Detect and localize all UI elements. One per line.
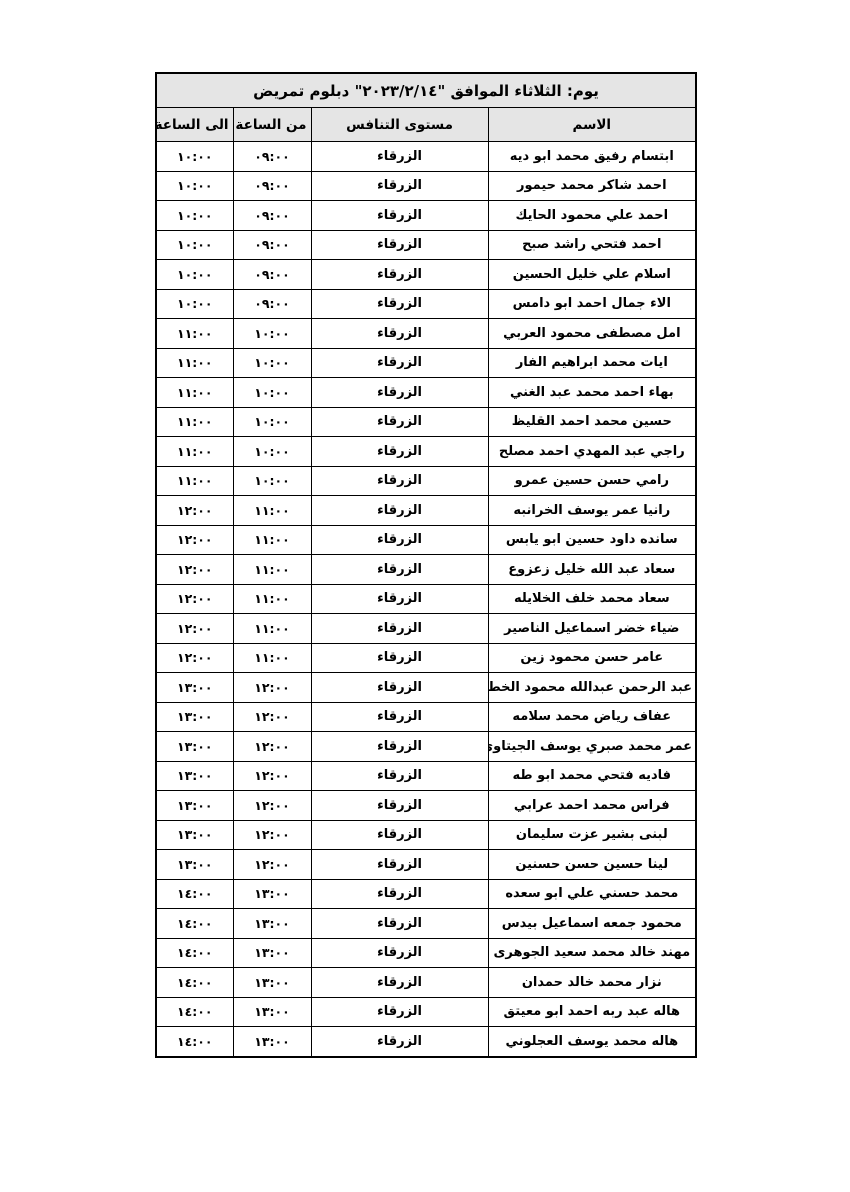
from-time-cell: ١١:٠٠ bbox=[233, 525, 311, 555]
table-row: بهاء احمد محمد عبد الغنيالزرقاء١٠:٠٠١١:٠… bbox=[156, 378, 696, 408]
from-time-cell: ١٣:٠٠ bbox=[233, 879, 311, 909]
from-time-cell: ١١:٠٠ bbox=[233, 643, 311, 673]
to-time-cell: ١٤:٠٠ bbox=[156, 909, 233, 939]
level-cell: الزرقاء bbox=[311, 584, 488, 614]
table-row: هاله عبد ربه احمد ابو معيتقالزرقاء١٣:٠٠١… bbox=[156, 997, 696, 1027]
level-cell: الزرقاء bbox=[311, 201, 488, 231]
table-row: حسين محمد احمد القليظالزرقاء١٠:٠٠١١:٠٠ bbox=[156, 407, 696, 437]
from-time-cell: ١١:٠٠ bbox=[233, 555, 311, 585]
level-cell: الزرقاء bbox=[311, 732, 488, 762]
student-name-cell: امل مصطفى محمود العربي bbox=[488, 319, 696, 349]
level-cell: الزرقاء bbox=[311, 1027, 488, 1057]
to-time-cell: ١٤:٠٠ bbox=[156, 879, 233, 909]
student-name-cell: اسلام علي خليل الحسين bbox=[488, 260, 696, 290]
to-time-cell: ١٠:٠٠ bbox=[156, 171, 233, 201]
from-time-cell: ١٢:٠٠ bbox=[233, 732, 311, 762]
student-name-cell: عمر محمد صبري يوسف الجيتاوي bbox=[488, 732, 696, 762]
level-cell: الزرقاء bbox=[311, 643, 488, 673]
to-time-cell: ١٠:٠٠ bbox=[156, 289, 233, 319]
level-cell: الزرقاء bbox=[311, 142, 488, 172]
from-time-cell: ١٢:٠٠ bbox=[233, 673, 311, 703]
student-name-cell: ضياء خضر اسماعيل الناصير bbox=[488, 614, 696, 644]
table-row: رامي حسن حسين عمروالزرقاء١٠:٠٠١١:٠٠ bbox=[156, 466, 696, 496]
to-time-cell: ١١:٠٠ bbox=[156, 378, 233, 408]
to-time-cell: ١٤:٠٠ bbox=[156, 938, 233, 968]
to-time-cell: ١١:٠٠ bbox=[156, 437, 233, 467]
from-time-cell: ١٢:٠٠ bbox=[233, 820, 311, 850]
student-name-cell: بهاء احمد محمد عبد الغني bbox=[488, 378, 696, 408]
student-name-cell: رانيا عمر يوسف الخرانبه bbox=[488, 496, 696, 526]
to-time-cell: ١٢:٠٠ bbox=[156, 614, 233, 644]
table-row: عفاف رياض محمد سلامهالزرقاء١٢:٠٠١٣:٠٠ bbox=[156, 702, 696, 732]
table-row: سعاد عبد الله خليل زعزوعالزرقاء١١:٠٠١٢:٠… bbox=[156, 555, 696, 585]
to-time-cell: ١١:٠٠ bbox=[156, 466, 233, 496]
level-cell: الزرقاء bbox=[311, 437, 488, 467]
student-name-cell: محمد حسني علي ابو سعده bbox=[488, 879, 696, 909]
from-time-cell: ١١:٠٠ bbox=[233, 614, 311, 644]
student-name-cell: ايات محمد ابراهيم الفار bbox=[488, 348, 696, 378]
table-row: سانده داود حسين ابو يابسالزرقاء١١:٠٠١٢:٠… bbox=[156, 525, 696, 555]
column-header-to: الى الساعة bbox=[156, 108, 233, 142]
student-name-cell: مهند خالد محمد سعيد الجوهرى bbox=[488, 938, 696, 968]
level-cell: الزرقاء bbox=[311, 909, 488, 939]
table-row: الاء جمال احمد ابو دامسالزرقاء٠٩:٠٠١٠:٠٠ bbox=[156, 289, 696, 319]
student-name-cell: احمد شاكر محمد حيمور bbox=[488, 171, 696, 201]
table-title-row: يوم: الثلاثاء الموافق "٢٠٢٣/٢/١٤" دبلوم … bbox=[156, 73, 696, 108]
from-time-cell: ١٠:٠٠ bbox=[233, 378, 311, 408]
level-cell: الزرقاء bbox=[311, 968, 488, 998]
level-cell: الزرقاء bbox=[311, 879, 488, 909]
from-time-cell: ١٢:٠٠ bbox=[233, 761, 311, 791]
table-row: ابتسام رفيق محمد ابو ديهالزرقاء٠٩:٠٠١٠:٠… bbox=[156, 142, 696, 172]
to-time-cell: ١١:٠٠ bbox=[156, 407, 233, 437]
to-time-cell: ١٠:٠٠ bbox=[156, 142, 233, 172]
level-cell: الزرقاء bbox=[311, 407, 488, 437]
table-row: عبد الرحمن عبدالله محمود الخطيبالزرقاء١٢… bbox=[156, 673, 696, 703]
table-row: امل مصطفى محمود العربيالزرقاء١٠:٠٠١١:٠٠ bbox=[156, 319, 696, 349]
to-time-cell: ١٢:٠٠ bbox=[156, 555, 233, 585]
to-time-cell: ١٢:٠٠ bbox=[156, 584, 233, 614]
to-time-cell: ١٣:٠٠ bbox=[156, 702, 233, 732]
schedule-title: يوم: الثلاثاء الموافق "٢٠٢٣/٢/١٤" دبلوم … bbox=[156, 73, 696, 108]
table-row: محمود جمعه اسماعيل بيدسالزرقاء١٣:٠٠١٤:٠٠ bbox=[156, 909, 696, 939]
level-cell: الزرقاء bbox=[311, 260, 488, 290]
from-time-cell: ١٣:٠٠ bbox=[233, 938, 311, 968]
to-time-cell: ١٠:٠٠ bbox=[156, 260, 233, 290]
level-cell: الزرقاء bbox=[311, 496, 488, 526]
to-time-cell: ١٣:٠٠ bbox=[156, 732, 233, 762]
level-cell: الزرقاء bbox=[311, 289, 488, 319]
from-time-cell: ١٠:٠٠ bbox=[233, 407, 311, 437]
table-row: احمد شاكر محمد حيمورالزرقاء٠٩:٠٠١٠:٠٠ bbox=[156, 171, 696, 201]
from-time-cell: ١١:٠٠ bbox=[233, 496, 311, 526]
table-row: احمد علي محمود الحايكالزرقاء٠٩:٠٠١٠:٠٠ bbox=[156, 201, 696, 231]
table-row: محمد حسني علي ابو سعدهالزرقاء١٣:٠٠١٤:٠٠ bbox=[156, 879, 696, 909]
from-time-cell: ٠٩:٠٠ bbox=[233, 260, 311, 290]
table-row: سعاد محمد خلف الخلايلهالزرقاء١١:٠٠١٢:٠٠ bbox=[156, 584, 696, 614]
level-cell: الزرقاء bbox=[311, 171, 488, 201]
table-row: لينا حسين حسن حسنينالزرقاء١٢:٠٠١٣:٠٠ bbox=[156, 850, 696, 880]
from-time-cell: ٠٩:٠٠ bbox=[233, 230, 311, 260]
to-time-cell: ١٣:٠٠ bbox=[156, 761, 233, 791]
student-name-cell: لينا حسين حسن حسنين bbox=[488, 850, 696, 880]
table-row: ايات محمد ابراهيم الفارالزرقاء١٠:٠٠١١:٠٠ bbox=[156, 348, 696, 378]
from-time-cell: ١٣:٠٠ bbox=[233, 909, 311, 939]
from-time-cell: ١٠:٠٠ bbox=[233, 437, 311, 467]
to-time-cell: ١٣:٠٠ bbox=[156, 820, 233, 850]
from-time-cell: ١٠:٠٠ bbox=[233, 319, 311, 349]
table-row: عمر محمد صبري يوسف الجيتاويالزرقاء١٢:٠٠١… bbox=[156, 732, 696, 762]
level-cell: الزرقاء bbox=[311, 761, 488, 791]
level-cell: الزرقاء bbox=[311, 938, 488, 968]
level-cell: الزرقاء bbox=[311, 555, 488, 585]
from-time-cell: ١٣:٠٠ bbox=[233, 1027, 311, 1057]
to-time-cell: ١٢:٠٠ bbox=[156, 643, 233, 673]
from-time-cell: ٠٩:٠٠ bbox=[233, 289, 311, 319]
to-time-cell: ١٣:٠٠ bbox=[156, 850, 233, 880]
to-time-cell: ١٤:٠٠ bbox=[156, 968, 233, 998]
to-time-cell: ١٤:٠٠ bbox=[156, 1027, 233, 1057]
from-time-cell: ٠٩:٠٠ bbox=[233, 171, 311, 201]
table-row: فراس محمد احمد عرابيالزرقاء١٢:٠٠١٣:٠٠ bbox=[156, 791, 696, 821]
table-row: عامر حسن محمود زينالزرقاء١١:٠٠١٢:٠٠ bbox=[156, 643, 696, 673]
from-time-cell: ١٣:٠٠ bbox=[233, 968, 311, 998]
level-cell: الزرقاء bbox=[311, 673, 488, 703]
to-time-cell: ١٠:٠٠ bbox=[156, 230, 233, 260]
student-name-cell: فراس محمد احمد عرابي bbox=[488, 791, 696, 821]
student-name-cell: عامر حسن محمود زين bbox=[488, 643, 696, 673]
student-name-cell: نزار محمد خالد حمدان bbox=[488, 968, 696, 998]
student-name-cell: راجي عبد المهدي احمد مصلح bbox=[488, 437, 696, 467]
table-row: فاديه فتحي محمد ابو طهالزرقاء١٢:٠٠١٣:٠٠ bbox=[156, 761, 696, 791]
level-cell: الزرقاء bbox=[311, 850, 488, 880]
document-page: يوم: الثلاثاء الموافق "٢٠٢٣/٢/١٤" دبلوم … bbox=[0, 0, 850, 1192]
student-name-cell: الاء جمال احمد ابو دامس bbox=[488, 289, 696, 319]
to-time-cell: ١٣:٠٠ bbox=[156, 673, 233, 703]
from-time-cell: ١١:٠٠ bbox=[233, 584, 311, 614]
from-time-cell: ١٢:٠٠ bbox=[233, 850, 311, 880]
from-time-cell: ١٢:٠٠ bbox=[233, 791, 311, 821]
from-time-cell: ٠٩:٠٠ bbox=[233, 142, 311, 172]
to-time-cell: ١١:٠٠ bbox=[156, 319, 233, 349]
from-time-cell: ١٢:٠٠ bbox=[233, 702, 311, 732]
table-row: رانيا عمر يوسف الخرانبهالزرقاء١١:٠٠١٢:٠٠ bbox=[156, 496, 696, 526]
table-row: لبنى بشير عزت سليمانالزرقاء١٢:٠٠١٣:٠٠ bbox=[156, 820, 696, 850]
from-time-cell: ٠٩:٠٠ bbox=[233, 201, 311, 231]
exam-schedule-table: يوم: الثلاثاء الموافق "٢٠٢٣/٢/١٤" دبلوم … bbox=[155, 72, 697, 1058]
to-time-cell: ١٣:٠٠ bbox=[156, 791, 233, 821]
table-row: هاله محمد يوسف العجلونيالزرقاء١٣:٠٠١٤:٠٠ bbox=[156, 1027, 696, 1057]
student-name-cell: محمود جمعه اسماعيل بيدس bbox=[488, 909, 696, 939]
table-header-row: الاسم مستوى التنافس من الساعة الى الساعة bbox=[156, 108, 696, 142]
level-cell: الزرقاء bbox=[311, 378, 488, 408]
to-time-cell: ١٢:٠٠ bbox=[156, 525, 233, 555]
table-row: نزار محمد خالد حمدانالزرقاء١٣:٠٠١٤:٠٠ bbox=[156, 968, 696, 998]
level-cell: الزرقاء bbox=[311, 997, 488, 1027]
table-row: مهند خالد محمد سعيد الجوهرىالزرقاء١٣:٠٠١… bbox=[156, 938, 696, 968]
student-name-cell: ابتسام رفيق محمد ابو ديه bbox=[488, 142, 696, 172]
column-header-name: الاسم bbox=[488, 108, 696, 142]
level-cell: الزرقاء bbox=[311, 820, 488, 850]
student-name-cell: سعاد محمد خلف الخلايله bbox=[488, 584, 696, 614]
student-name-cell: احمد فتحي راشد صبح bbox=[488, 230, 696, 260]
level-cell: الزرقاء bbox=[311, 791, 488, 821]
to-time-cell: ١١:٠٠ bbox=[156, 348, 233, 378]
from-time-cell: ١٣:٠٠ bbox=[233, 997, 311, 1027]
level-cell: الزرقاء bbox=[311, 466, 488, 496]
student-name-cell: حسين محمد احمد القليظ bbox=[488, 407, 696, 437]
level-cell: الزرقاء bbox=[311, 525, 488, 555]
table-row: ضياء خضر اسماعيل الناصيرالزرقاء١١:٠٠١٢:٠… bbox=[156, 614, 696, 644]
from-time-cell: ١٠:٠٠ bbox=[233, 466, 311, 496]
level-cell: الزرقاء bbox=[311, 230, 488, 260]
level-cell: الزرقاء bbox=[311, 702, 488, 732]
student-name-cell: لبنى بشير عزت سليمان bbox=[488, 820, 696, 850]
student-name-cell: عبد الرحمن عبدالله محمود الخطيب bbox=[488, 673, 696, 703]
level-cell: الزرقاء bbox=[311, 614, 488, 644]
level-cell: الزرقاء bbox=[311, 319, 488, 349]
student-name-cell: هاله عبد ربه احمد ابو معيتق bbox=[488, 997, 696, 1027]
student-name-cell: فاديه فتحي محمد ابو طه bbox=[488, 761, 696, 791]
student-name-cell: عفاف رياض محمد سلامه bbox=[488, 702, 696, 732]
student-name-cell: هاله محمد يوسف العجلوني bbox=[488, 1027, 696, 1057]
column-header-level: مستوى التنافس bbox=[311, 108, 488, 142]
from-time-cell: ١٠:٠٠ bbox=[233, 348, 311, 378]
table-row: اسلام علي خليل الحسينالزرقاء٠٩:٠٠١٠:٠٠ bbox=[156, 260, 696, 290]
table-row: راجي عبد المهدي احمد مصلحالزرقاء١٠:٠٠١١:… bbox=[156, 437, 696, 467]
student-name-cell: سانده داود حسين ابو يابس bbox=[488, 525, 696, 555]
student-name-cell: احمد علي محمود الحايك bbox=[488, 201, 696, 231]
to-time-cell: ١٤:٠٠ bbox=[156, 997, 233, 1027]
to-time-cell: ١٢:٠٠ bbox=[156, 496, 233, 526]
student-name-cell: سعاد عبد الله خليل زعزوع bbox=[488, 555, 696, 585]
to-time-cell: ١٠:٠٠ bbox=[156, 201, 233, 231]
table-row: احمد فتحي راشد صبحالزرقاء٠٩:٠٠١٠:٠٠ bbox=[156, 230, 696, 260]
schedule-table-body: ابتسام رفيق محمد ابو ديهالزرقاء٠٩:٠٠١٠:٠… bbox=[156, 142, 696, 1057]
column-header-from: من الساعة bbox=[233, 108, 311, 142]
student-name-cell: رامي حسن حسين عمرو bbox=[488, 466, 696, 496]
level-cell: الزرقاء bbox=[311, 348, 488, 378]
